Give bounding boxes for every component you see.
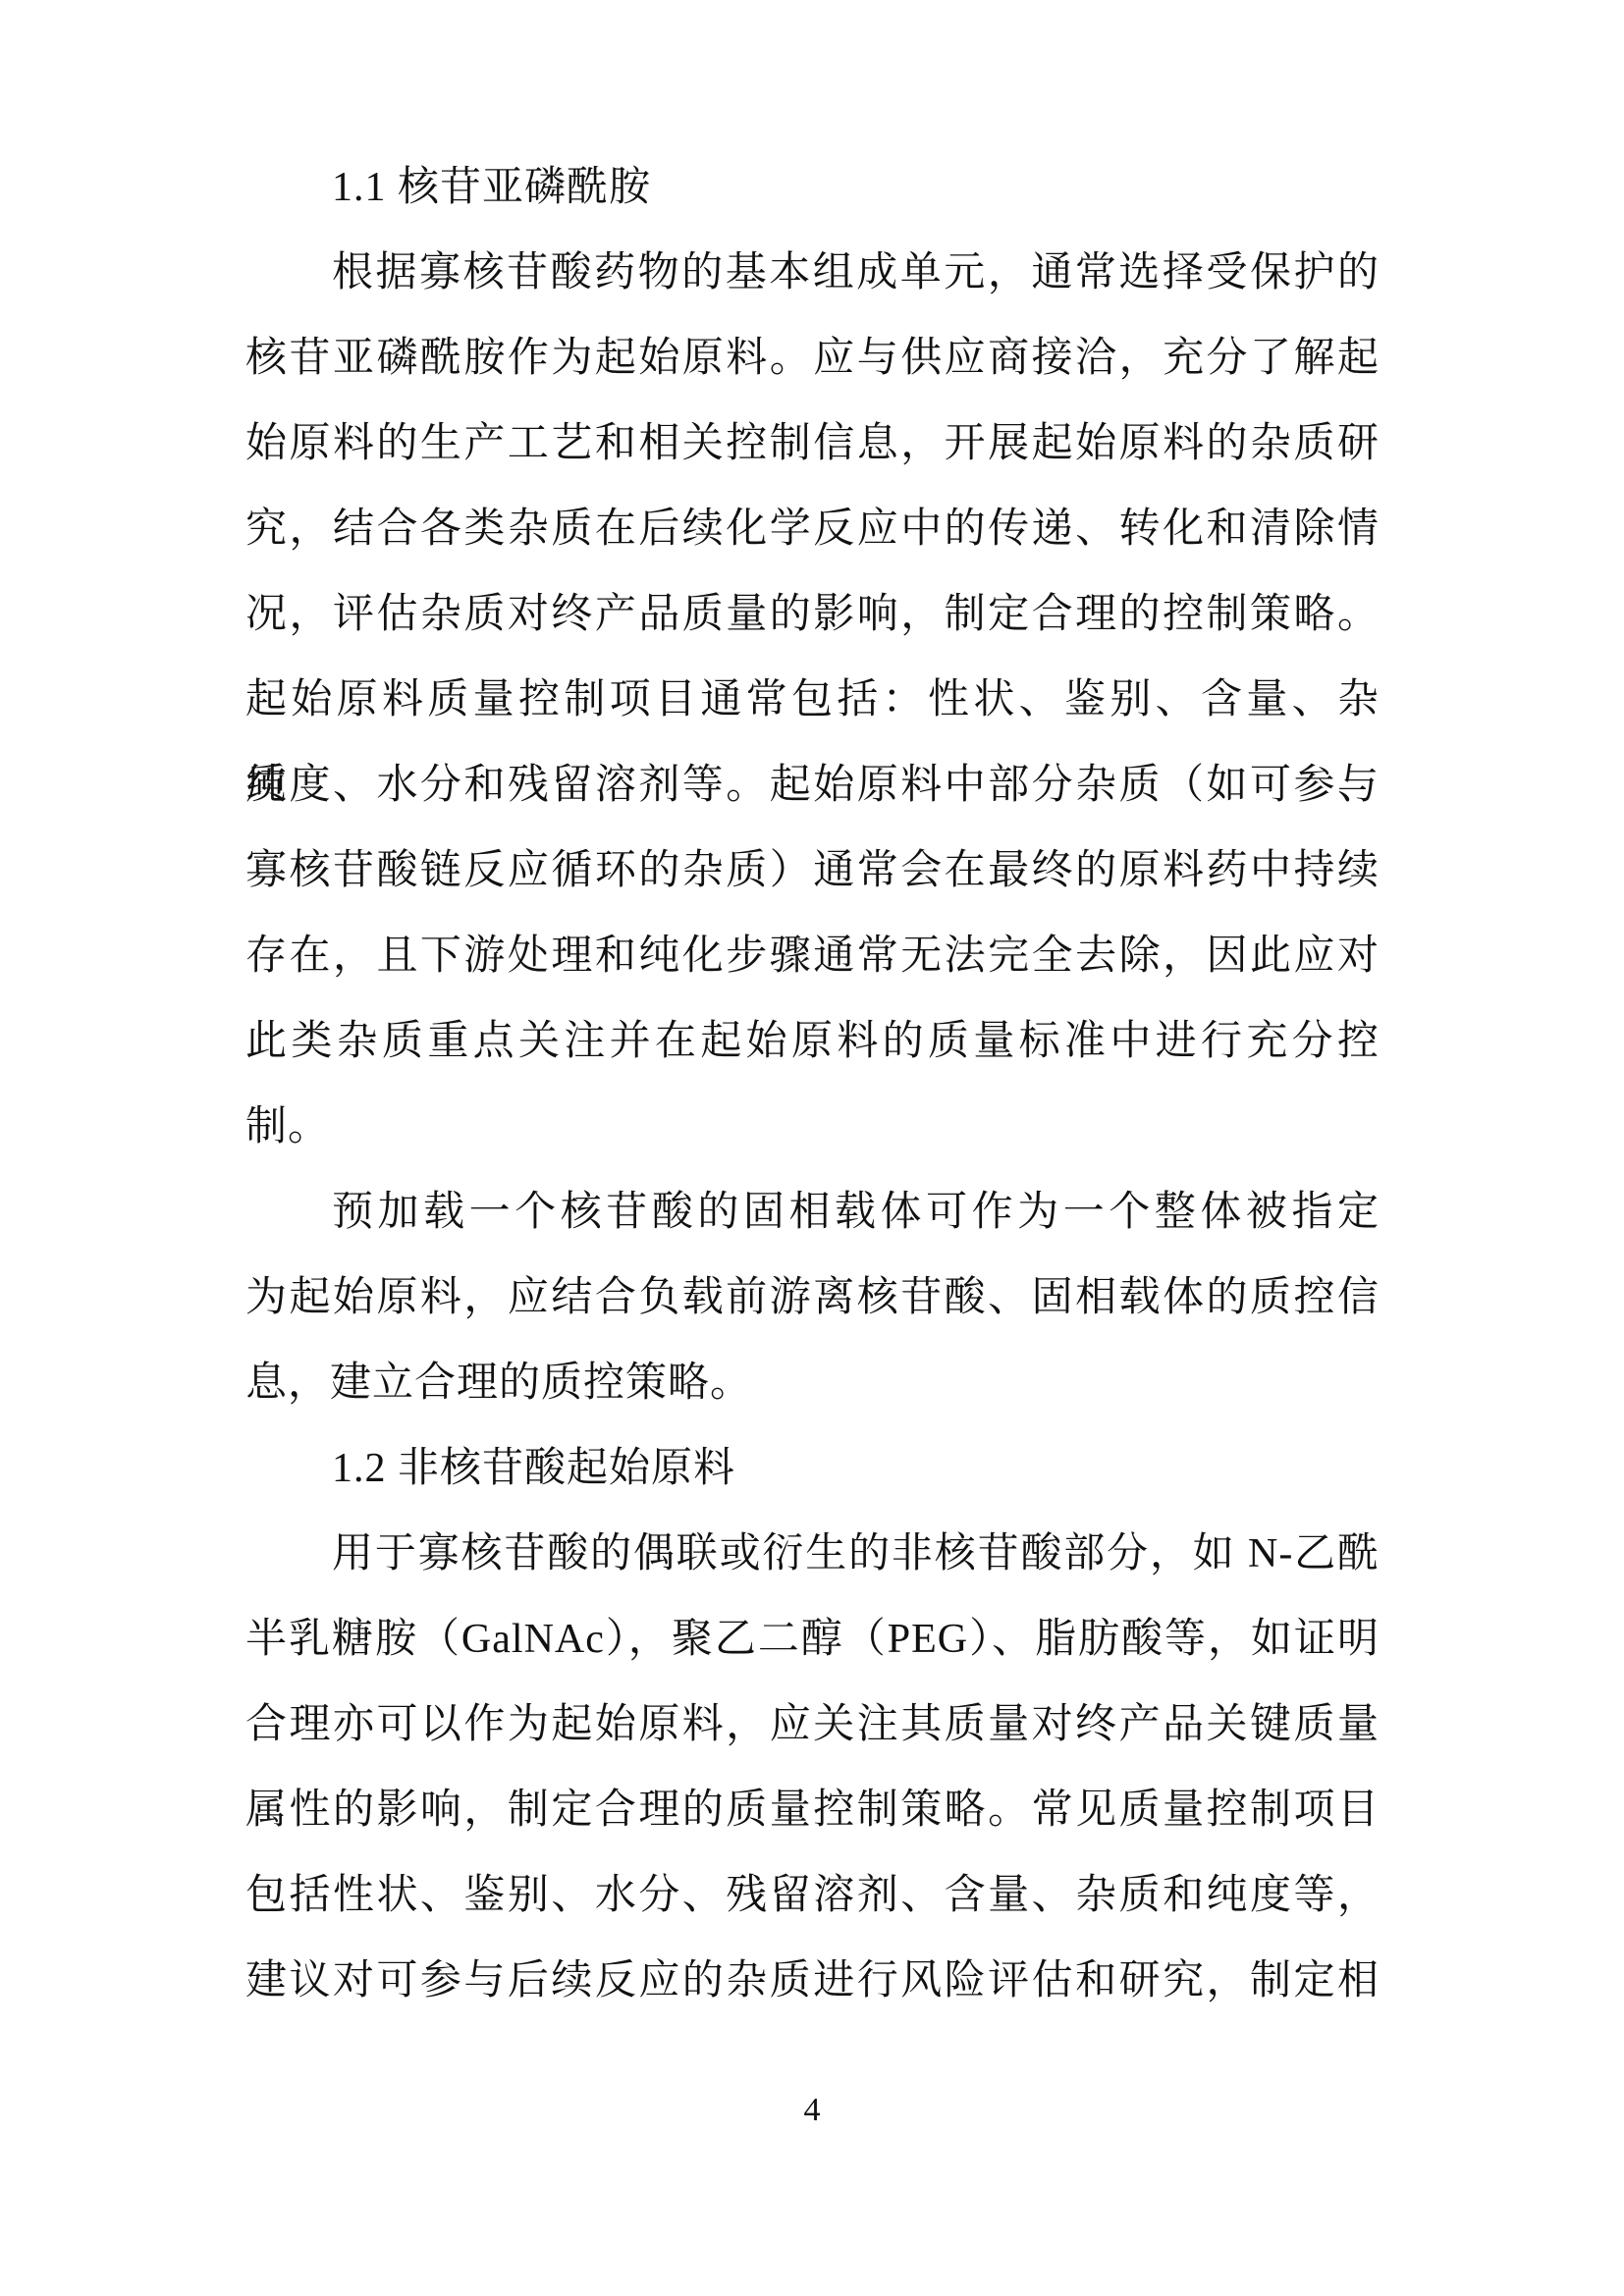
text-line: 始原料的生产工艺和相关控制信息，开展起始原料的杂质研 [245,401,1380,487]
text-line: 制。 [245,1085,1380,1170]
text-line: 此类杂质重点关注并在起始原料的质量标准中进行充分控 [245,999,1380,1085]
text-line: 核苷亚磷酰胺作为起始原料。应与供应商接洽，充分了解起 [245,316,1380,401]
text-line: 根据寡核苷酸药物的基本组成单元，通常选择受保护的 [245,231,1380,316]
text-block: 1.1 核苷亚磷酰胺根据寡核苷酸药物的基本组成单元，通常选择受保护的核苷亚磷酰胺… [245,145,1380,2024]
text-line: 究，结合各类杂质在后续化学反应中的传递、转化和清除情 [245,487,1380,572]
text-line: 包括性状、鉴别、水分、残留溶剂、含量、杂质和纯度等， [245,1853,1380,1939]
text-line: 寡核苷酸链反应循环的杂质）通常会在最终的原料药中持续 [245,828,1380,914]
text-line: 预加载一个核苷酸的固相载体可作为一个整体被指定 [245,1170,1380,1255]
text-line: 属性的影响，制定合理的质量控制策略。常见质量控制项目 [245,1768,1380,1853]
text-line: 半乳糖胺（GalNAc），聚乙二醇（PEG）、脂肪酸等，如证明 [245,1597,1380,1682]
section-heading: 1.2 非核苷酸起始原料 [245,1426,1380,1512]
text-line: 建议对可参与后续反应的杂质进行风险评估和研究，制定相 [245,1939,1380,2024]
text-line: 合理亦可以作为起始原料，应关注其质量对终产品关键质量 [245,1682,1380,1768]
text-line: 起始原料质量控制项目通常包括：性状、鉴别、含量、杂质、 [245,658,1380,743]
section-heading: 1.1 核苷亚磷酰胺 [245,145,1380,231]
document-page: 1.1 核苷亚磷酰胺根据寡核苷酸药物的基本组成单元，通常选择受保护的核苷亚磷酰胺… [0,0,1624,2296]
text-line: 纯度、水分和残留溶剂等。起始原料中部分杂质（如可参与 [245,743,1380,828]
text-line: 况，评估杂质对终产品质量的影响，制定合理的控制策略。 [245,572,1380,658]
text-line: 为起始原料，应结合负载前游离核苷酸、固相载体的质控信 [245,1255,1380,1341]
text-line: 存在，且下游处理和纯化步骤通常无法完全去除，因此应对 [245,914,1380,999]
page-number: 4 [0,2085,1624,2136]
text-line: 用于寡核苷酸的偶联或衍生的非核苷酸部分，如 N-乙酰 [245,1512,1380,1597]
text-line: 息，建立合理的质控策略。 [245,1341,1380,1426]
